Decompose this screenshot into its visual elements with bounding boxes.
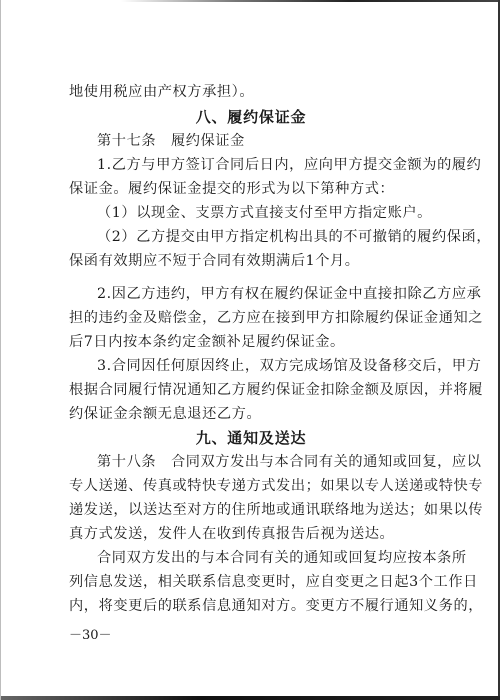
text-line: 保证金。履约保证金提交的形式为以下第种方式： bbox=[69, 180, 394, 198]
list-item: （1）以现金、支票方式直接支付至甲方指定账户。 bbox=[97, 204, 432, 222]
text-line: 真方式发送，发件人在收到传真报告后视为送达。 bbox=[69, 525, 394, 543]
text-line: 担的违约金及赔偿金，乙方应在接到甲方扣除履约保证金通知之 bbox=[69, 309, 483, 327]
page-number: －30－ bbox=[69, 628, 112, 644]
text-line: 3.合同因任何原因终止，双方完成场馆及设备移交后，甲方 bbox=[97, 357, 481, 375]
text-line: 保函有效期应不短于合同有效期满后1个月。 bbox=[69, 252, 360, 270]
text-line: 递发送，以送达至对方的住所地或通讯联络地为送达；如果以传 bbox=[69, 501, 483, 519]
section-heading-8: 八、履约保证金 bbox=[1, 108, 500, 126]
article-18-text: 第十八条 合同双方发出与本合同有关的通知或回复，应以 bbox=[97, 453, 481, 471]
scan-top-edge bbox=[121, 0, 500, 2]
document-page: 地使用税应由产权方承担）。 八、履约保证金 第十七条 履约保证金 1.乙方与甲方… bbox=[0, 0, 500, 700]
text-line: 内，将变更后的联系信息通知对方。变更方不履行通知义务的， bbox=[69, 597, 483, 615]
text-line: 根据合同履行情况通知乙方履约保证金扣除金额及原因，并将履 bbox=[69, 381, 483, 399]
list-item: （2）乙方提交由甲方指定机构出具的不可撤销的履约保函， bbox=[97, 228, 491, 246]
scan-bottom-edge bbox=[1, 696, 500, 700]
text-line: 合同双方发出的与本合同有关的通知或回复均应按本条所 bbox=[97, 549, 467, 567]
text-line: 1.乙方与甲方签订合同后日内，应向甲方提交金额为的履约 bbox=[97, 156, 481, 174]
section-heading-9: 九、通知及送达 bbox=[1, 429, 500, 447]
text-line: 约保证金余额无息退还乙方。 bbox=[69, 405, 261, 423]
text-line: 列信息发送，相关联系信息变更时，应自变更之日起3个工作日 bbox=[69, 573, 478, 591]
text-line: 专人送递、传真或特快专递方式发出；如果以专人送递或特快专 bbox=[69, 477, 483, 495]
text-line: 2.因乙方违约，甲方有权在履约保证金中直接扣除乙方应承 bbox=[97, 285, 481, 303]
text-line: 地使用税应由产权方承担）。 bbox=[69, 83, 254, 101]
text-line: 后7日内按本条约定金额补足履约保证金。 bbox=[69, 333, 345, 351]
article-17-title: 第十七条 履约保证金 bbox=[97, 132, 245, 150]
